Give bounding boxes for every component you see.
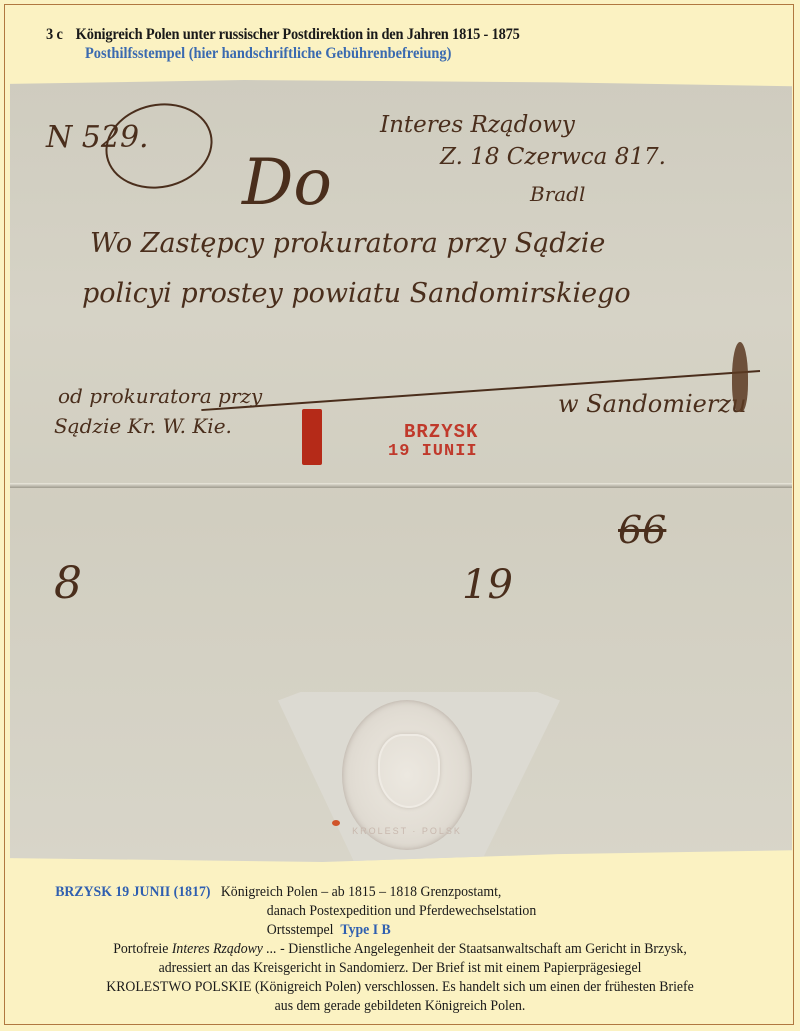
red-wax-mark: [302, 409, 322, 465]
section-number: 3 c: [46, 26, 63, 43]
postmark-line-1: BRZYSK: [404, 421, 478, 443]
postmark-line-2: 19 IUNII: [388, 442, 478, 461]
caption-line-3: Ortsstempel Type I B: [0, 922, 736, 941]
address-line-2: policyi prostey powiatu Sandomirskiego: [82, 278, 631, 309]
paper-seal: KROLEST · POLSK: [342, 700, 472, 850]
seal-text: KROLEST · POLSK: [342, 826, 472, 836]
para-italic: Interes Rządowy ...: [172, 941, 277, 957]
page-title: 3 cKönigreich Polen unter russischer Pos…: [46, 26, 716, 44]
ortsstempel-label: Ortsstempel: [267, 922, 334, 938]
letter-image: N 529. Interes Rządowy Z. 18 Czerwca 817…: [10, 80, 792, 862]
caption-line-1-text: Königreich Polen – ab 1815 – 1818 Grenzp…: [221, 884, 502, 900]
caption-para-line-1: Portofreie Interes Rządowy ... - Dienstl…: [32, 941, 768, 960]
caption-line-1: BRZYSK 19 JUNII (1817) Königreich Polen …: [0, 884, 736, 903]
handwritten-interes: Interes Rządowy: [380, 112, 575, 138]
caption: BRZYSK 19 JUNII (1817) Königreich Polen …: [0, 884, 800, 1017]
caption-line-2: danach Postexpedition und Pferdewechsels…: [0, 903, 736, 922]
red-speck: [332, 820, 340, 826]
back-mark-right: 66: [618, 508, 666, 552]
back-mark-mid: 19: [462, 562, 513, 608]
handwritten-signature: Bradl: [530, 182, 585, 206]
caption-para-line-2: adressiert an das Kreisgericht in Sandom…: [32, 960, 768, 979]
para-prefix: Portofreie: [113, 941, 168, 957]
destination: w Sandomierzu: [558, 390, 746, 418]
handwritten-do: Do: [242, 146, 332, 220]
fold-line: [10, 483, 792, 488]
page-subtitle: Posthilfsstempel (hier handschriftliche …: [85, 45, 718, 63]
page-header: 3 cKönigreich Polen unter russischer Pos…: [46, 26, 766, 63]
back-mark-left: 8: [54, 558, 82, 609]
title-text: Königreich Polen unter russischer Postdi…: [76, 26, 520, 43]
ink-blot: [732, 342, 748, 412]
caption-year: (1817): [174, 884, 211, 900]
caption-para-line-4: aus dem gerade gebildeten Königreich Pol…: [32, 998, 768, 1017]
sender-line-2: Sądzie Kr. W. Kie.: [54, 414, 232, 438]
address-line-1: Wo Zastępcy prokuratora przy Sądzie: [90, 228, 605, 259]
postmark-name: BRZYSK 19 JUNII: [55, 884, 170, 900]
number-circle: [97, 94, 220, 199]
sender-line-1: od prokuratora przy: [58, 384, 262, 408]
para-line-1-text: - Dienstliche Angelegenheit der Staatsan…: [277, 941, 687, 957]
eagle-emblem-icon: [378, 734, 440, 808]
type-label: Type I B: [340, 922, 390, 938]
caption-para-line-3: KROLESTWO POLSKIE (Königreich Polen) ver…: [32, 979, 768, 998]
handwritten-date: Z. 18 Czerwca 817.: [440, 144, 666, 170]
